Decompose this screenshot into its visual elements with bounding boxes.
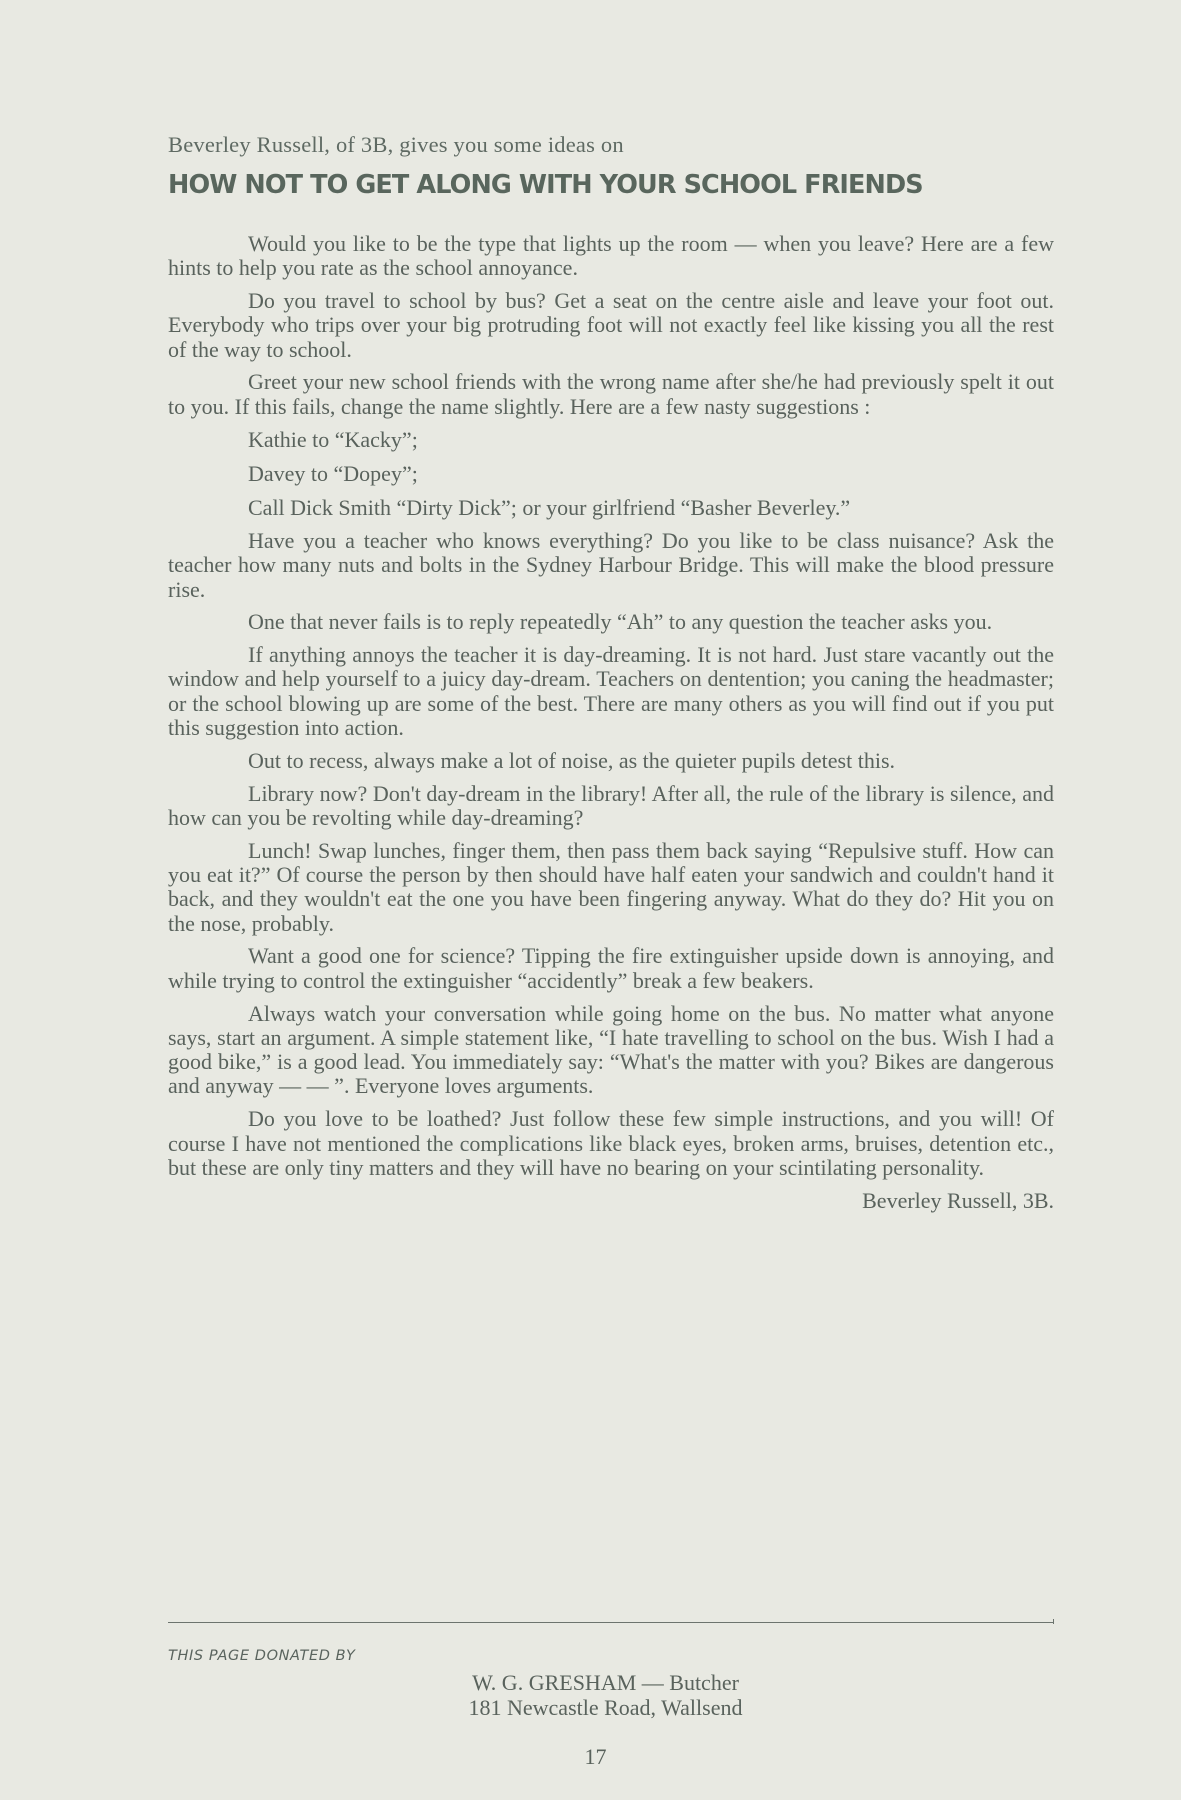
paragraph: Greet your new school friends with the w… xyxy=(168,370,1054,419)
paragraph: Kathie to “Kacky”; xyxy=(168,428,1054,452)
paragraph: Want a good one for science? Tipping the… xyxy=(168,944,1054,993)
paragraph: Always watch your conversation while goi… xyxy=(168,1002,1054,1099)
paragraph: Would you like to be the type that light… xyxy=(168,232,1054,281)
paragraph: Do you love to be loathed? Just follow t… xyxy=(168,1107,1054,1180)
paragraph: Do you travel to school by bus? Get a se… xyxy=(168,289,1054,362)
article: Beverley Russell, of 3B, gives you some … xyxy=(168,132,1054,1213)
paragraph: If anything annoys the teacher it is day… xyxy=(168,643,1054,740)
article-intro: Beverley Russell, of 3B, gives you some … xyxy=(168,132,1054,158)
paragraph: One that never fails is to reply repeate… xyxy=(168,610,1054,634)
donor-address: 181 Newcastle Road, Wallsend xyxy=(0,1695,1181,1720)
author-signature: Beverley Russell, 3B. xyxy=(168,1189,1054,1213)
page-number: 17 xyxy=(0,1744,1181,1770)
article-title: HOW NOT TO GET ALONG WITH YOUR SCHOOL FR… xyxy=(168,170,1054,200)
paragraph: Davey to “Dopey”; xyxy=(168,462,1054,486)
divider xyxy=(168,1622,1054,1623)
donated-label: THIS PAGE DONATED BY xyxy=(168,1648,355,1664)
paragraph: Out to recess, always make a lot of nois… xyxy=(168,749,1054,773)
paragraph: Call Dick Smith “Dirty Dick”; or your gi… xyxy=(168,496,1054,520)
paragraph: Have you a teacher who knows everything?… xyxy=(168,529,1054,602)
paragraph: Lunch! Swap lunches, finger them, then p… xyxy=(168,839,1054,936)
donor-info: W. G. GRESHAM — Butcher 181 Newcastle Ro… xyxy=(0,1670,1181,1720)
paragraph: Library now? Don't day-dream in the libr… xyxy=(168,782,1054,831)
donor-name: W. G. GRESHAM — Butcher xyxy=(0,1670,1181,1695)
article-body: Would you like to be the type that light… xyxy=(168,232,1054,1213)
